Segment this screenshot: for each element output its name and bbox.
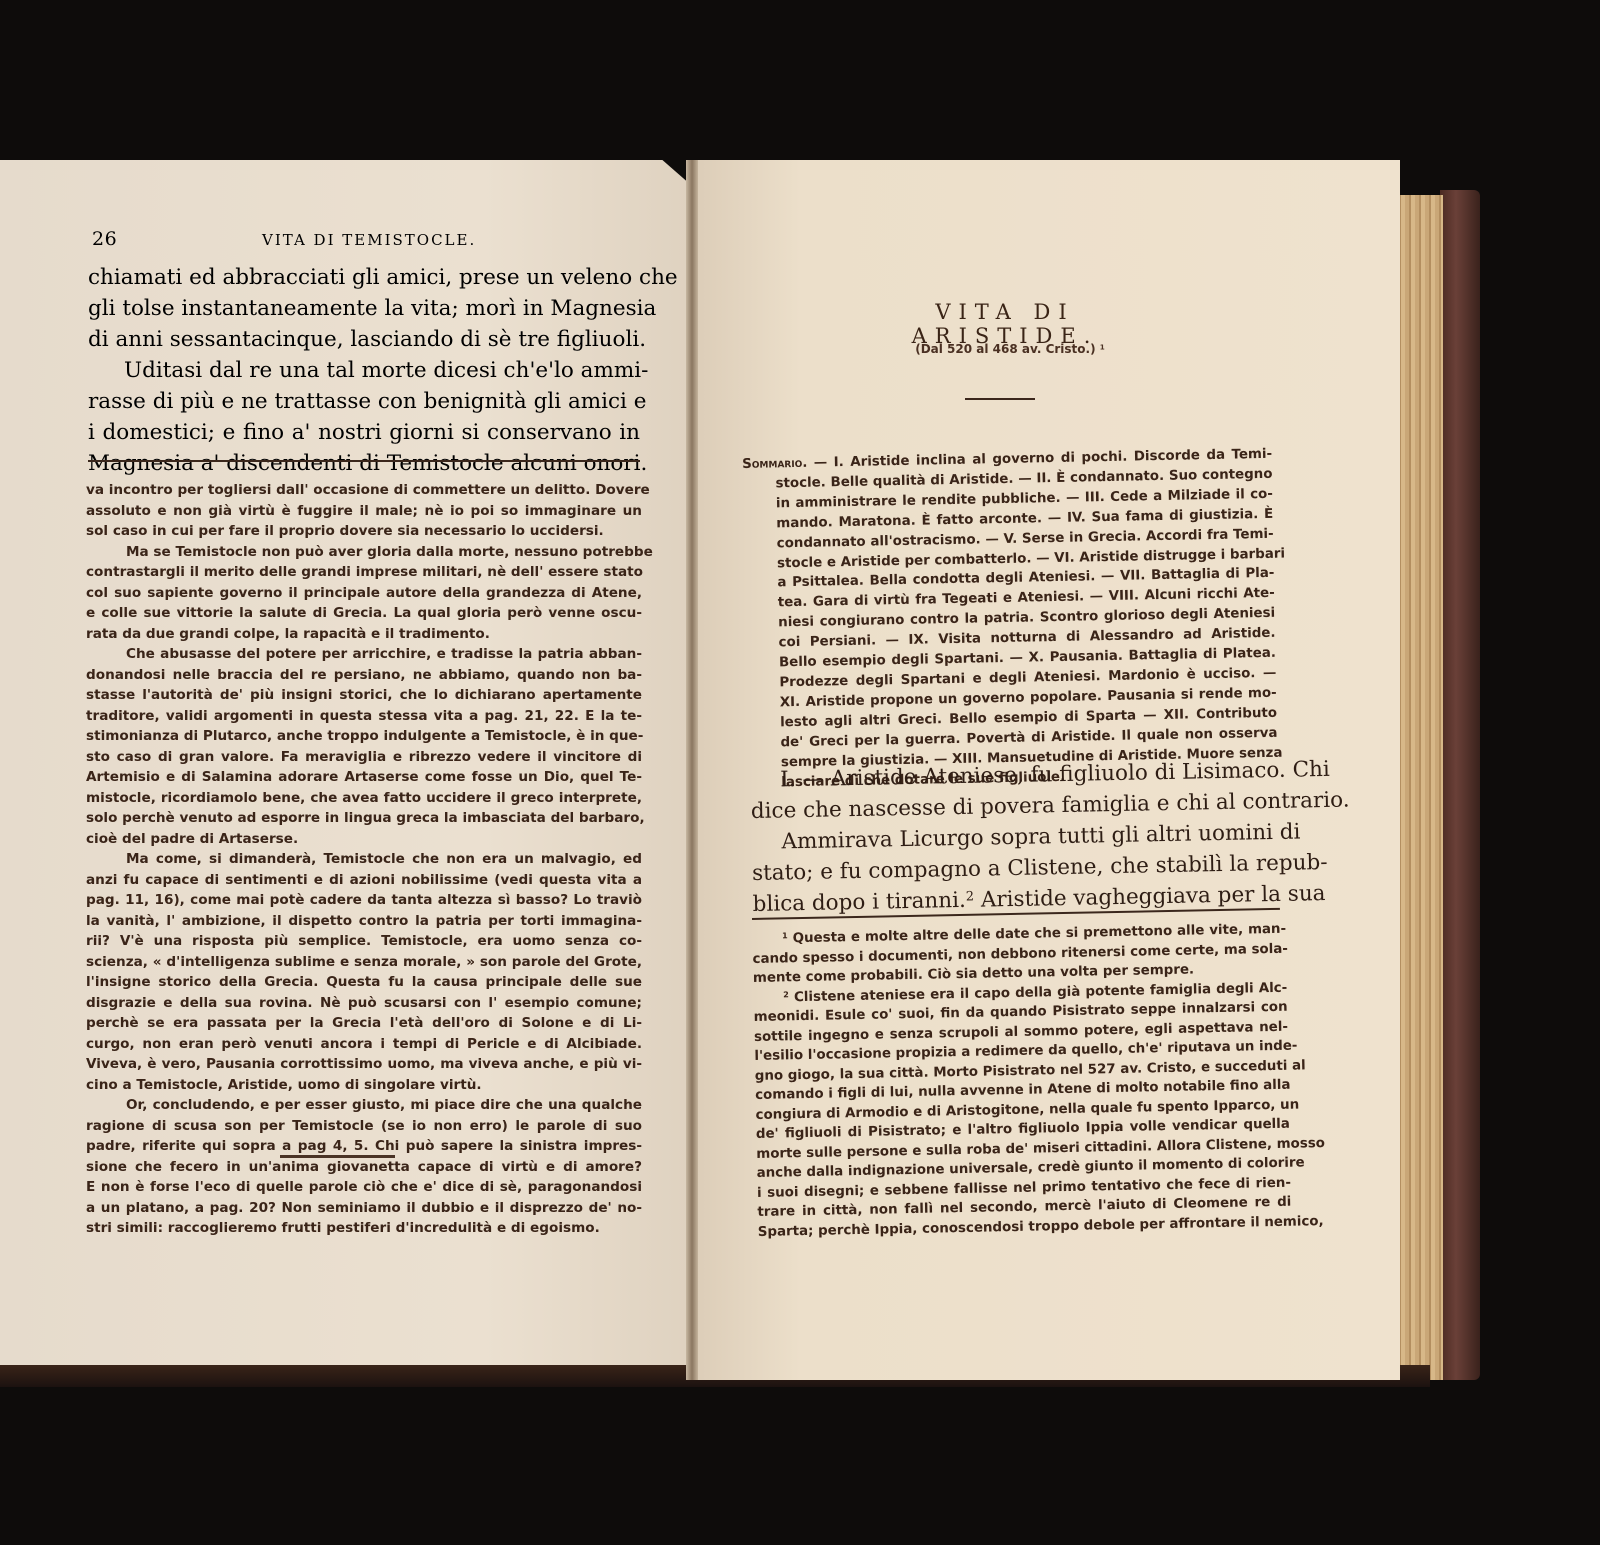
footnote-line: sol caso in cui per fare il proprio dove… (86, 521, 642, 542)
right-footnotes: 1 Questa e molte altre delle date che si… (752, 920, 1292, 1242)
footnote-line: sione che fecero in un'anima giovanetta … (86, 1157, 642, 1178)
footnote-line: col suo sapiente governo il principale a… (86, 583, 642, 604)
text-line: rasse di più e ne trattasse con benignit… (88, 386, 640, 417)
footnote-line: rii? V'è una risposta più semplice. Temi… (86, 931, 642, 952)
footnote-line: cino a Temistocle, Aristide, uomo di sin… (86, 1075, 642, 1096)
dates-text: (Dal 520 al 468 av. Cristo.) (915, 342, 1095, 356)
footnote-line: stimonianza di Plutarco, anche troppo in… (86, 726, 642, 747)
footnote-marker: 2 (783, 990, 789, 999)
footnote-line: ragione di scusa son per Temistocle (se … (86, 1116, 642, 1137)
footnote-line: traditore, validi argomenti in questa st… (86, 706, 642, 727)
book-gutter (686, 160, 698, 1380)
chapter-title: VITA DI ARISTIDE. (860, 300, 1150, 348)
footnote-line: solo perchè venuto ad esporre in lingua … (86, 808, 642, 829)
footnote-line: perchè se era passata per la Grecia l'et… (86, 1013, 642, 1034)
text-line: Uditasi dal re una tal morte dicesi ch'e… (88, 355, 640, 386)
text-line: gli tolse instantaneamente la vita; morì… (88, 293, 640, 324)
left-footnotes: va incontro per togliersi dall' occasion… (86, 480, 642, 1239)
footnote-line: contrastargli il merito delle grandi imp… (86, 562, 642, 583)
text-line: Magnesia a' discendenti di Temistocle al… (88, 448, 640, 479)
footnote-rule (88, 460, 640, 462)
footnote-line: stri simili: raccoglieremo frutti pestif… (86, 1218, 642, 1239)
title-rule (965, 398, 1035, 400)
page-edges (1395, 195, 1443, 1380)
right-body-text: I. — Aristide Ateniese, fu figliuolo di … (750, 755, 1285, 920)
footnote-line: padre, riferite qui sopra a pag 4, 5. Ch… (86, 1136, 642, 1157)
footnote-line: scienza, « d'intelligenza sublime e senz… (86, 952, 642, 973)
footnote-line: disgrazie e della sua rovina. Nè può scu… (86, 993, 642, 1014)
footnote-line: la vanità, l' ambizione, il dispetto con… (86, 911, 642, 932)
footnote-line: rata da due grandi colpe, la rapacità e … (86, 624, 642, 645)
footnote-line: anzi fu capace di sentimenti e di azioni… (86, 870, 642, 891)
summary-label: Sommario. (742, 456, 807, 472)
footnote-line: donandosi nelle braccia del re persiano,… (86, 665, 642, 686)
chapter-end-rule (280, 1155, 395, 1158)
text-line: di anni sessantacinque, lasciando di sè … (88, 324, 640, 355)
page-number: 26 (92, 228, 262, 250)
chapter-dates: (Dal 520 al 468 av. Cristo.) 1 (880, 342, 1140, 356)
footnote-line: cioè del padre di Artaserse. (86, 829, 642, 850)
chapter-summary: Sommario. — I. Aristide inclina al gover… (742, 445, 1278, 794)
footnote-line: curgo, non eran però venuti ancora i tem… (86, 1034, 642, 1055)
running-head: 26 VITA DI TEMISTOCLE. (92, 228, 637, 250)
footnote-marker: 1 (782, 931, 788, 940)
footnote-line: E non è forse l'eco di quelle parole ciò… (86, 1177, 642, 1198)
footnote-line: Viveva, è vero, Pausania corrottissimo u… (86, 1054, 642, 1075)
footnote-marker: 1 (1100, 342, 1105, 351)
footnote-line: va incontro per togliersi dall' occasion… (86, 480, 642, 501)
footnote-line: Che abusasse del potere per arricchire, … (86, 644, 642, 665)
text-line: chiamati ed abbracciati gli amici, prese… (88, 262, 640, 293)
left-body-text: chiamati ed abbracciati gli amici, prese… (88, 262, 640, 479)
running-title: VITA DI TEMISTOCLE. (262, 228, 476, 250)
footnote-line: Ma come, si dimanderà, Temistocle che no… (86, 849, 642, 870)
footnote-line: e colle sue vittorie la salute di Grecia… (86, 603, 642, 624)
footnote-line: l'insigne storico della Grecia. Questa f… (86, 972, 642, 993)
footnote-line: Ma se Temistocle non può aver gloria dal… (86, 542, 642, 563)
footnote-line: a un platano, a pag. 20? Non seminiamo i… (86, 1198, 642, 1219)
footnote-line: assoluto e non già virtù è fuggire il ma… (86, 501, 642, 522)
footnote-line: Or, concludendo, e per esser giusto, mi … (86, 1095, 642, 1116)
footnote-line: sto caso di gran valore. Fa meraviglia e… (86, 747, 642, 768)
text-line: i domestici; e fino a' nostri giorni si … (88, 417, 640, 448)
book-cover-edge (1440, 190, 1480, 1380)
footnote-line: stasse l'autorità de' più insigni storic… (86, 685, 642, 706)
footnote-line: mistocle, ricordiamolo bene, che avea fa… (86, 788, 642, 809)
footnote-line: Artemisio e di Salamina adorare Artasers… (86, 767, 642, 788)
text-line: blica dopo i tiranni. (752, 888, 966, 917)
footnote-line: pag. 11, 16), come mai potè cadere da ta… (86, 890, 642, 911)
